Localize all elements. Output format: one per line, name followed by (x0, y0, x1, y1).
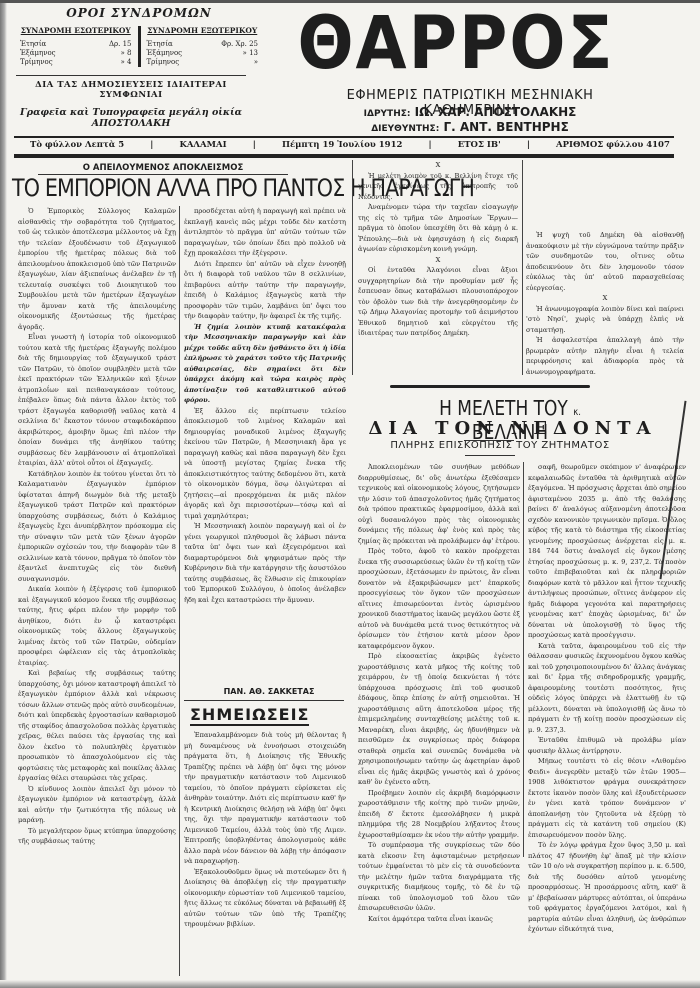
page-edge-left (0, 0, 7, 988)
rate-price: 25 (249, 40, 258, 48)
article2-headline2: ΔΙΑ ΤΟΝ ΝΕΔΟΝΤΑ (340, 418, 685, 439)
paragraph: σαφῆ, θεωροῦμεν σκόπιμον ν' ἀναφέρωμεν κ… (528, 462, 686, 641)
domestic-heading: ΣΥΝΔΡΟΜΗ ΕΣΩΤΕΡΙΚΟΥ (20, 26, 132, 35)
column-rule (352, 160, 353, 375)
paragraph: προσδέχεται αὐτὴ ἡ παραγωγὴ καὶ πρέπει ν… (184, 206, 346, 259)
rate-label: Ἐτησία (20, 40, 46, 49)
dateline: Τὸ φύλλον Λεπτὰ 5 | ΚΑΛΑΜΑΙ | Πέμπτη 19 … (30, 140, 670, 150)
issue-price: Τὸ φύλλον Λεπτὰ 5 (30, 140, 124, 150)
rate-label: Ἑξάμηνος (20, 49, 56, 58)
issue-number: ΑΡΙΘΜΟΣ φύλλου 4107 (556, 140, 670, 150)
paragraph: Ἀναμένομεν τώρα τὴν ταχεῖαν εἰσαγωγήν τη… (358, 202, 518, 255)
rate-price: 4 (127, 58, 131, 66)
rate-price: 8 (127, 49, 131, 57)
rate-row: Τρίμηνος» (147, 58, 259, 67)
newspaper-page: ΟΡΟΙ ΣΥΝΔΡΟΜΩΝ ΣΥΝΔΡΟΜΗ ΕΣΩΤΕΡΙΚΟΥ Ἐτησί… (0, 0, 700, 988)
article-headline: ΤΟ ΕΜΠΟΡΙΟΝ ΑΛΛΑ ΠΡΟ ΠΑΝΤΟΣ Η ΠΑΡΑΓΩΓΗ (12, 174, 299, 202)
paragraph: Ὁ κίνδυνος λοιπὸν ἀπειλεῖ ὄχι μόνον τὸ ἐ… (18, 784, 176, 826)
rate-currency: » (254, 58, 258, 66)
paragraph: Ἐξακολουθοῦμεν ὅμως νὰ πιστεύωμεν ὅτι ἡ … (184, 867, 346, 930)
paragraph: Ἡ ψυχὴ τοῦ Δημέκη θὰ αἰσθανθῇ ἀνακούφισι… (526, 230, 684, 293)
paragraph: Ἐνταῦθα ἐπιθυμῶ νὰ προλάβω μίαν φυσικὴν … (528, 735, 686, 756)
article-column: προσδέχεται αὐτὴ ἡ παραγωγὴ καὶ πρέπει ν… (184, 206, 346, 605)
separator: Χ (358, 160, 518, 171)
rate-price: 13 (249, 49, 258, 57)
column-divider (138, 26, 141, 67)
article2-subhead: ΠΛΗΡΗΣ ΕΠΙΣΚΟΠΗΣΙΣ ΤΟΥ ΖΗΤΗΜΑΤΟΣ (380, 440, 620, 451)
notes-column: Ἐπαναλαμβάνομεν διὰ τοὺς μὴ θέλοντας ἢ μ… (184, 730, 346, 930)
founder-line: ΙΔΡΥΤΗΣ: ΙΩ. ΧΑΡ. ΑΠΟΣΤΟΛΑΚΗΣ (300, 105, 640, 119)
director-line: ΔΙΕΥΘΥΝΤΗΣ: Γ. ΑΝΤ. ΒΕΝΤΗΡΗΣ (300, 120, 640, 134)
paragraph: Κατάδηλον λοιπὸν ἐκ τούτου γίνεται ὅτι τ… (18, 469, 176, 585)
ornamental-rule (390, 385, 590, 388)
rate-row: ἘτησίαΦρ. Χρ. 25 (147, 40, 259, 49)
paragraph: Ἀποκλειομένων τῶν συνήθων μεθόδων διαρρυ… (358, 462, 520, 546)
paragraph: Δικαία λοιπὸν ἡ ἐξέγερσις τοῦ ἐμπορικοῦ … (18, 584, 176, 668)
rate-label: Τρίμηνος (20, 58, 53, 67)
rate-currency: » (121, 49, 125, 57)
newspaper-logo: ΘΑΡΡΟΣ (286, 4, 626, 83)
foreign-rates: ΣΥΝΔΡΟΜΗ ΕΞΩΤΕΡΙΚΟΥ ἘτησίαΦρ. Χρ. 25 Ἑξά… (143, 26, 263, 67)
article-column: σαφῆ, θεωροῦμεν σκόπιμον ν' ἀναφέρωμεν κ… (528, 462, 686, 935)
rule (465, 455, 515, 456)
article-author: ΠΑΝ. ΑΘ. ΣΑΚΚΕΤΑΣ (194, 687, 344, 696)
paragraph: Ὁ Ἐμπορικὸς Σύλλογος Καλαμῶν αἰσθανθεὶς … (18, 206, 176, 332)
notes-title: ΣΗΜΕΙΩΣΕΙΣ (190, 705, 309, 724)
offices-line: Γραφεῖα καὶ Τυπογραφεῖα μεγάλη οἰκία ΑΠΟ… (16, 107, 246, 129)
paragraph: Κατὰ ταῦτα, ἀφαιρουμένου τοῦ εἰς τὴν θάλ… (528, 641, 686, 736)
founder-label: ΙΔΡΥΤΗΣ: (364, 109, 411, 119)
paragraph: Προέβημεν λοιπὸν εἰς ἀκριβῆ διαμόρφωσιν … (358, 788, 520, 841)
rate-row: ἘτησίαΔρ. 15 (20, 40, 132, 49)
emphasis-text: Ἡ ζημία λοιπὸν κτυπᾷ κατακέφαλα τὴν Μεσσ… (184, 323, 346, 405)
rate-currency: Φρ. Χρ. (221, 40, 247, 48)
rate-row: Ἑξάμηνος» 8 (20, 49, 132, 58)
foreign-heading: ΣΥΝΔΡΟΜΗ ΕΞΩΤΕΡΙΚΟΥ (147, 26, 259, 35)
paragraph: Διότι ἔπρεπεν ὑπ' αὐτῶν νὰ εἶχεν ἐννοηθῇ… (184, 259, 346, 322)
paragraph: Τὸ μεγαλήτερον ὅμως κτύπημα ὑπαρχούσης τ… (18, 826, 176, 847)
rate-row: Τρίμηνος» 4 (20, 58, 132, 67)
headline-part: Η ΜΕΛΕΤΗ ΤΟΥ (439, 396, 568, 420)
subscription-title: ΟΡΟΙ ΣΥΝΔΡΟΜΩΝ (16, 6, 262, 20)
page-edge-bottom (0, 980, 700, 988)
paragraph: Πρὸ εἰκοσαετίας ἀκριβῶς ἐγένετο χωροστάθ… (358, 651, 520, 788)
rate-row: Ἑξάμηνος» 13 (147, 49, 259, 58)
separator: Χ (526, 293, 684, 304)
paragraph: Εἶναι γνωστὴ ἡ ἱστορία τοῦ οἰκονομικοῦ τ… (18, 332, 176, 469)
director-name: Γ. ΑΝΤ. ΒΕΝΤΗΡΗΣ (444, 120, 569, 134)
paragraph: Οἱ ἐνταῦθα Ἀλαγόνιοι εἶναι ἄξιοι συγχαρη… (358, 265, 518, 339)
rate-label: Ἑξάμηνος (147, 49, 183, 58)
headline-part: κ. (573, 407, 581, 418)
special-notice: ΔΙΑ ΤΑΣ ΔΗΜΟΣΙΕΥΣΕΙΣ ΙΔΙΑΙΤΕΡΑΙ ΣΥΜΦΩΝΙΑ… (16, 75, 246, 100)
notes-column: Ἡ ψυχὴ τοῦ Δημέκη θὰ αἰσθανθῇ ἀνακούφισι… (526, 230, 684, 377)
paragraph: Πρὸς τοῦτο, ἀφοῦ τὸ κακὸν προέρχεται ἕνε… (358, 546, 520, 651)
rate-price: 15 (123, 40, 132, 48)
paragraph: Ἡ μελέτη λοιπὸν τοῦ κ. Βελλίνη ἔτυχε τῆς… (358, 171, 518, 203)
rate-currency: » (121, 58, 125, 66)
column-rule (522, 160, 523, 375)
paragraph: Ἡ ἀνωνυμογραφία λοιπὸν δίνει καὶ παίρνει… (526, 304, 684, 336)
article-column: Ὁ Ἐμπορικὸς Σύλλογος Καλαμῶν αἰσθανθεὶς … (18, 206, 176, 847)
notes-column: Χ Ἡ μελέτη λοιπὸν τοῦ κ. Βελλίνη ἔτυχε τ… (358, 160, 518, 339)
separator: Χ (358, 255, 518, 266)
paragraph: Ἐξ ἄλλου εἰς περίπτωσιν τελείου ἀποκλεισ… (184, 406, 346, 522)
rule (184, 700, 344, 701)
subscription-box: ΟΡΟΙ ΣΥΝΔΡΟΜΩΝ ΣΥΝΔΡΟΜΗ ΕΣΩΤΕΡΙΚΟΥ Ἐτησί… (16, 6, 262, 129)
paragraph: Καίτοι ἀμφότερα ταῦτα εἶναι ἱκανῶς (358, 914, 520, 925)
paragraph: Τὸ ἐν λόγῳ φράγμα ἔχον ὕψος 3,50 μ. καὶ … (528, 840, 686, 935)
rule (14, 136, 674, 138)
volume-year: ΕΤΟΣ ΙΒ' (458, 140, 501, 150)
founder-name: ΙΩ. ΧΑΡ. ΑΠΟΣΤΟΛΑΚΗΣ (415, 105, 577, 119)
paragraph: Ἐπαναλαμβάνομεν διὰ τοὺς μὴ θέλοντας ἢ μ… (184, 730, 346, 867)
rule (14, 154, 674, 158)
domestic-rates: ΣΥΝΔΡΟΜΗ ΕΣΩΤΕΡΙΚΟΥ ἘτησίαΔρ. 15 Ἑξάμηνο… (16, 26, 136, 67)
paragraph: Ἡ ἀσφαλεστέρα ἀπαλλαγὴ ἀπὸ τὴν βρωμερὰν … (526, 335, 684, 377)
rate-label: Ἐτησία (147, 40, 173, 49)
paragraph: Μήπως τουτέστι τὸ εἰς θέσιν «Λιθομένο Φε… (528, 756, 686, 840)
issue-date: Πέμπτη 19 Ἰουλίου 1912 (282, 140, 402, 150)
director-label: ΔΙΕΥΘΥΝΤΗΣ: (371, 124, 439, 134)
article-column: Ἀποκλειομένων τῶν συνήθων μεθόδων διαρρυ… (358, 462, 520, 924)
paragraph: Καὶ βεβαίως τῆς συμβάσεως ταύτης ὑπαρχού… (18, 668, 176, 784)
city: ΚΑΛΑΜΑΙ (179, 140, 226, 150)
emphasis-paragraph: Ἡ ζημία λοιπὸν κτυπᾷ κατακέφαλα τὴν Μεσσ… (184, 322, 346, 406)
paragraph: Ἡ Μεσσηνιακὴ λοιπὸν παραγωγὴ καὶ οἱ ἐν γ… (184, 521, 346, 605)
rate-label: Τρίμηνος (147, 58, 180, 67)
paragraph: Τὸ συμπέρασμα τῆς συγκρίσεως τῶν δύο κατ… (358, 840, 520, 914)
column-rule (523, 462, 524, 857)
column-rule (179, 206, 180, 976)
rate-currency: » (243, 49, 247, 57)
rate-currency: Δρ. (109, 40, 120, 48)
